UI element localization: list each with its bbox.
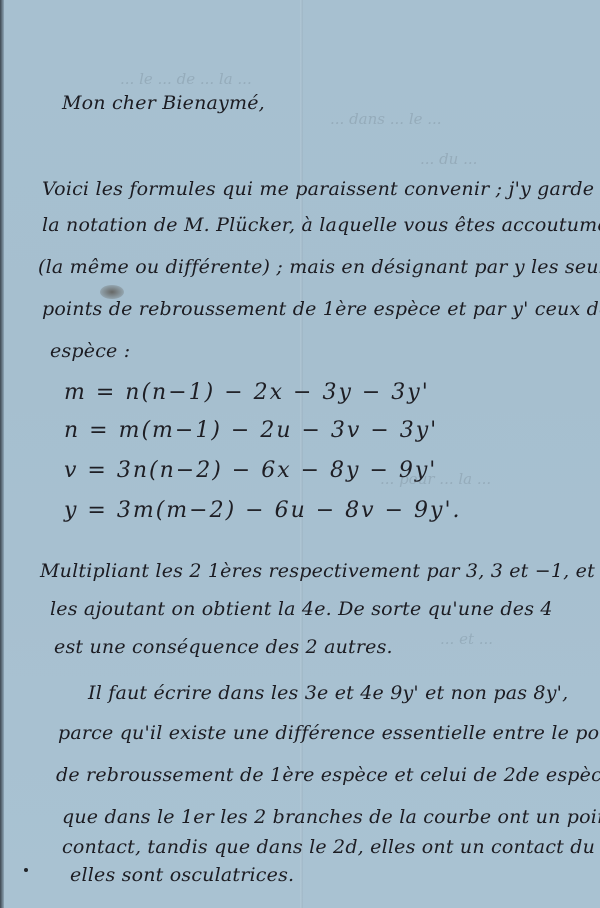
paragraph-1-line: points de rebroussement de 1ère espèce e… [42, 298, 600, 320]
paragraph-2-line: Multipliant les 2 1ères respectivement p… [40, 560, 595, 582]
salutation: Mon cher Bienaymé, [62, 92, 265, 114]
paragraph-3-line: contact, tandis que dans le 2d, elles on… [62, 836, 600, 858]
paragraph-3-line: de rebroussement de 1ère espèce et celui… [56, 764, 600, 786]
page-left-edge [0, 0, 4, 908]
ink-stain [100, 285, 124, 299]
formula-line: v = 3n(n−2) − 6x − 8y − 9y' [64, 458, 437, 483]
paragraph-1-line: Voici les formules qui me paraissent con… [42, 178, 594, 200]
bleed-through-text: ... le ... de ... la ... [120, 70, 252, 88]
manuscript-page: ... le ... de ... la ... ... dans ... le… [0, 0, 600, 908]
ink-dot [24, 868, 28, 872]
bleed-through-text: ... du ... [420, 150, 477, 168]
paragraph-3-line: elles sont osculatrices. [70, 864, 294, 886]
paragraph-1-line: (la même ou différente) ; mais en désign… [38, 256, 600, 278]
formula-line: m = n(n−1) − 2x − 3y − 3y' [64, 380, 430, 405]
bleed-through-text: ... et ... [440, 630, 493, 648]
paragraph-2-line: est une conséquence des 2 autres. [54, 636, 393, 658]
paragraph-3-line: parce qu'il existe une différence essent… [58, 722, 600, 744]
paragraph-3-line: Il faut écrire dans les 3e et 4e 9y' et … [88, 682, 568, 704]
paragraph-2-line: les ajoutant on obtient la 4e. De sorte … [50, 598, 553, 620]
bleed-through-text: ... dans ... le ... [330, 110, 442, 128]
paragraph-1-line: la notation de M. Plücker, à laquelle vo… [42, 214, 600, 236]
paragraph-3-line: que dans le 1er les 2 branches de la cou… [62, 806, 600, 828]
formula-line: y = 3m(m−2) − 6u − 8v − 9y'. [64, 498, 461, 523]
formula-line: n = m(m−1) − 2u − 3v − 3y' [64, 418, 438, 443]
paragraph-1-line: espèce : [50, 340, 130, 362]
